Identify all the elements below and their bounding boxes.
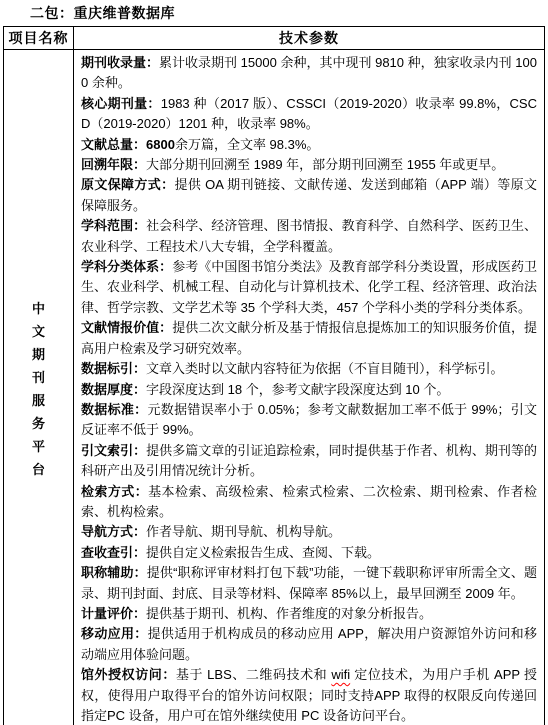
parameter-row: 引文索引：提供多篇文章的引证追踪检索，同时提供基于作者、机构、期刊等的科研产出及… <box>81 441 537 482</box>
parameter-label: 查收查引： <box>81 545 146 560</box>
project-name-vertical-label: 中文期刊服务平台 <box>4 50 74 725</box>
document-page: 二包：重庆维普数据库 项目名称 技术参数 中文期刊服务平台 期刊收录量：累计收录… <box>0 0 548 725</box>
parameter-row: 馆外授权访问：基于 LBS、二维码技术和 wifi 定位技术，为用户手机 APP… <box>81 665 537 725</box>
project-name-char: 期 <box>4 343 73 366</box>
column-header-tech-params: 技术参数 <box>74 27 545 50</box>
parameter-row: 核心期刊量：1983 种（2017 版）、CSSCI（2019-2020）收录率… <box>81 94 537 135</box>
parameter-label: 学科范围： <box>81 218 146 233</box>
parameter-text: 字段深度达到 18 个，参考文献字段深度达到 10 个。 <box>146 382 449 397</box>
parameter-label: 文献总量： <box>81 137 146 152</box>
parameter-label: 移动应用： <box>81 626 148 641</box>
project-name-char: 刊 <box>4 366 73 389</box>
project-name-char: 务 <box>4 412 73 435</box>
parameter-label: 学科分类体系： <box>81 259 172 274</box>
parameter-row: 学科范围：社会科学、经济管理、图书情报、教育科学、自然科学、医药卫生、农业科学、… <box>81 216 537 257</box>
parameter-label: 馆外授权访问： <box>81 667 176 682</box>
project-name-char: 服 <box>4 389 73 412</box>
wifi-spellcheck-word: wifi <box>331 667 350 682</box>
table-header-row: 项目名称 技术参数 <box>4 27 545 50</box>
parameter-label: 期刊收录量： <box>81 55 159 70</box>
parameter-row: 检索方式：基本检索、高级检索、检索式检索、二次检索、期刊检索、作者检索、机构检索… <box>81 482 537 523</box>
parameter-text: 社会科学、经济管理、图书情报、教育科学、自然科学、医药卫生、农业科学、工程技术八… <box>81 218 537 253</box>
parameter-text: 提供基于期刊、机构、作者维度的对象分析报告。 <box>146 606 432 621</box>
tech-params-cell: 期刊收录量：累计收录期刊 15000 余种，其中现刊 9810 种，独家收录内刊… <box>74 50 545 725</box>
parameter-label: 文献情报价值： <box>81 320 172 335</box>
parameter-row: 文献总量：6800余万篇，全文率 98.3%。 <box>81 135 537 155</box>
column-header-project-name: 项目名称 <box>4 27 74 50</box>
parameter-row: 移动应用：提供适用于机构成员的移动应用 APP，解决用户资源馆外访问和移动端应用… <box>81 624 537 665</box>
parameter-text: 6800 <box>146 137 175 152</box>
project-name-char: 平 <box>4 435 73 458</box>
parameter-text: 基本检索、高级检索、检索式检索、二次检索、期刊检索、作者检索、机构检索。 <box>81 484 537 519</box>
parameter-row: 学科分类体系：参考《中国图书馆分类法》及教育部学科分类设置，形成医药卫生、农业科… <box>81 257 537 318</box>
parameter-text: 提供多篇文章的引证追踪检索，同时提供基于作者、机构、期刊等的科研产出及引用情况统… <box>81 443 537 478</box>
project-name-char: 台 <box>4 458 73 481</box>
parameter-label: 数据标引： <box>81 361 146 376</box>
parameter-text: 基于 LBS、二维码技术和 <box>176 667 331 682</box>
parameter-row: 回溯年限：大部分期刊回溯至 1989 年，部分期刊回溯至 1955 年或更早。 <box>81 155 537 175</box>
document-title: 二包：重庆维普数据库 <box>0 0 548 26</box>
parameter-row: 数据标引：文章入类时以文献内容特征为依据（不盲目随刊），科学标引。 <box>81 359 537 379</box>
parameter-row: 数据标准：元数据错误率小于 0.05%；参考文献数据加工率不低于 99%；引文反… <box>81 400 537 441</box>
parameter-text: 提供自定义检索报告生成、查阅、下载。 <box>146 545 380 560</box>
table-body-row: 中文期刊服务平台 期刊收录量：累计收录期刊 15000 余种，其中现刊 9810… <box>4 50 545 725</box>
parameter-label: 职称辅助： <box>81 565 147 580</box>
parameter-label: 原文保障方式： <box>81 177 174 192</box>
parameter-label: 引文索引： <box>81 443 146 458</box>
parameter-row: 职称辅助：提供“职称评审材料打包下载”功能，一键下载职称评审所需全文、题录、期刊… <box>81 563 537 604</box>
parameter-row: 数据厚度：字段深度达到 18 个，参考文献字段深度达到 10 个。 <box>81 380 537 400</box>
parameter-text: 提供“职称评审材料打包下载”功能，一键下载职称评审所需全文、题录、期刊封面、封底… <box>81 565 537 600</box>
parameter-label: 数据标准： <box>81 402 147 417</box>
project-name-char: 中 <box>4 297 73 320</box>
parameter-label: 回溯年限： <box>81 157 146 172</box>
project-name-char: 文 <box>4 320 73 343</box>
parameter-label: 检索方式： <box>81 484 148 499</box>
parameter-text: 文章入类时以文献内容特征为依据（不盲目随刊），科学标引。 <box>146 361 504 376</box>
parameter-text: 提供适用于机构成员的移动应用 APP，解决用户资源馆外访问和移动端应用体验问题。 <box>81 626 537 661</box>
parameter-text: 元数据错误率小于 0.05%；参考文献数据加工率不低于 99%；引文反证率不低于… <box>81 402 537 437</box>
parameter-text: 余万篇，全文率 98.3%。 <box>175 137 319 152</box>
parameter-label: 数据厚度： <box>81 382 146 397</box>
parameter-row: 计量评价：提供基于期刊、机构、作者维度的对象分析报告。 <box>81 604 537 624</box>
parameter-row: 导航方式：作者导航、期刊导航、机构导航。 <box>81 522 537 542</box>
parameters-table: 项目名称 技术参数 中文期刊服务平台 期刊收录量：累计收录期刊 15000 余种… <box>3 26 545 725</box>
parameter-row: 文献情报价值：提供二次文献分析及基于情报信息提炼加工的知识服务价值，提高用户检索… <box>81 318 537 359</box>
parameter-label: 核心期刊量： <box>81 96 161 111</box>
parameter-row: 原文保障方式：提供 OA 期刊链接、文献传递、发送到邮箱（APP 端）等原文保障… <box>81 175 537 216</box>
parameter-label: 计量评价： <box>81 606 146 621</box>
parameter-text: 大部分期刊回溯至 1989 年，部分期刊回溯至 1955 年或更早。 <box>146 157 504 172</box>
parameter-row: 查收查引：提供自定义检索报告生成、查阅、下载。 <box>81 543 537 563</box>
parameter-label: 导航方式： <box>81 524 146 539</box>
parameter-row: 期刊收录量：累计收录期刊 15000 余种，其中现刊 9810 种，独家收录内刊… <box>81 53 537 94</box>
parameter-text: 作者导航、期刊导航、机构导航。 <box>146 524 341 539</box>
